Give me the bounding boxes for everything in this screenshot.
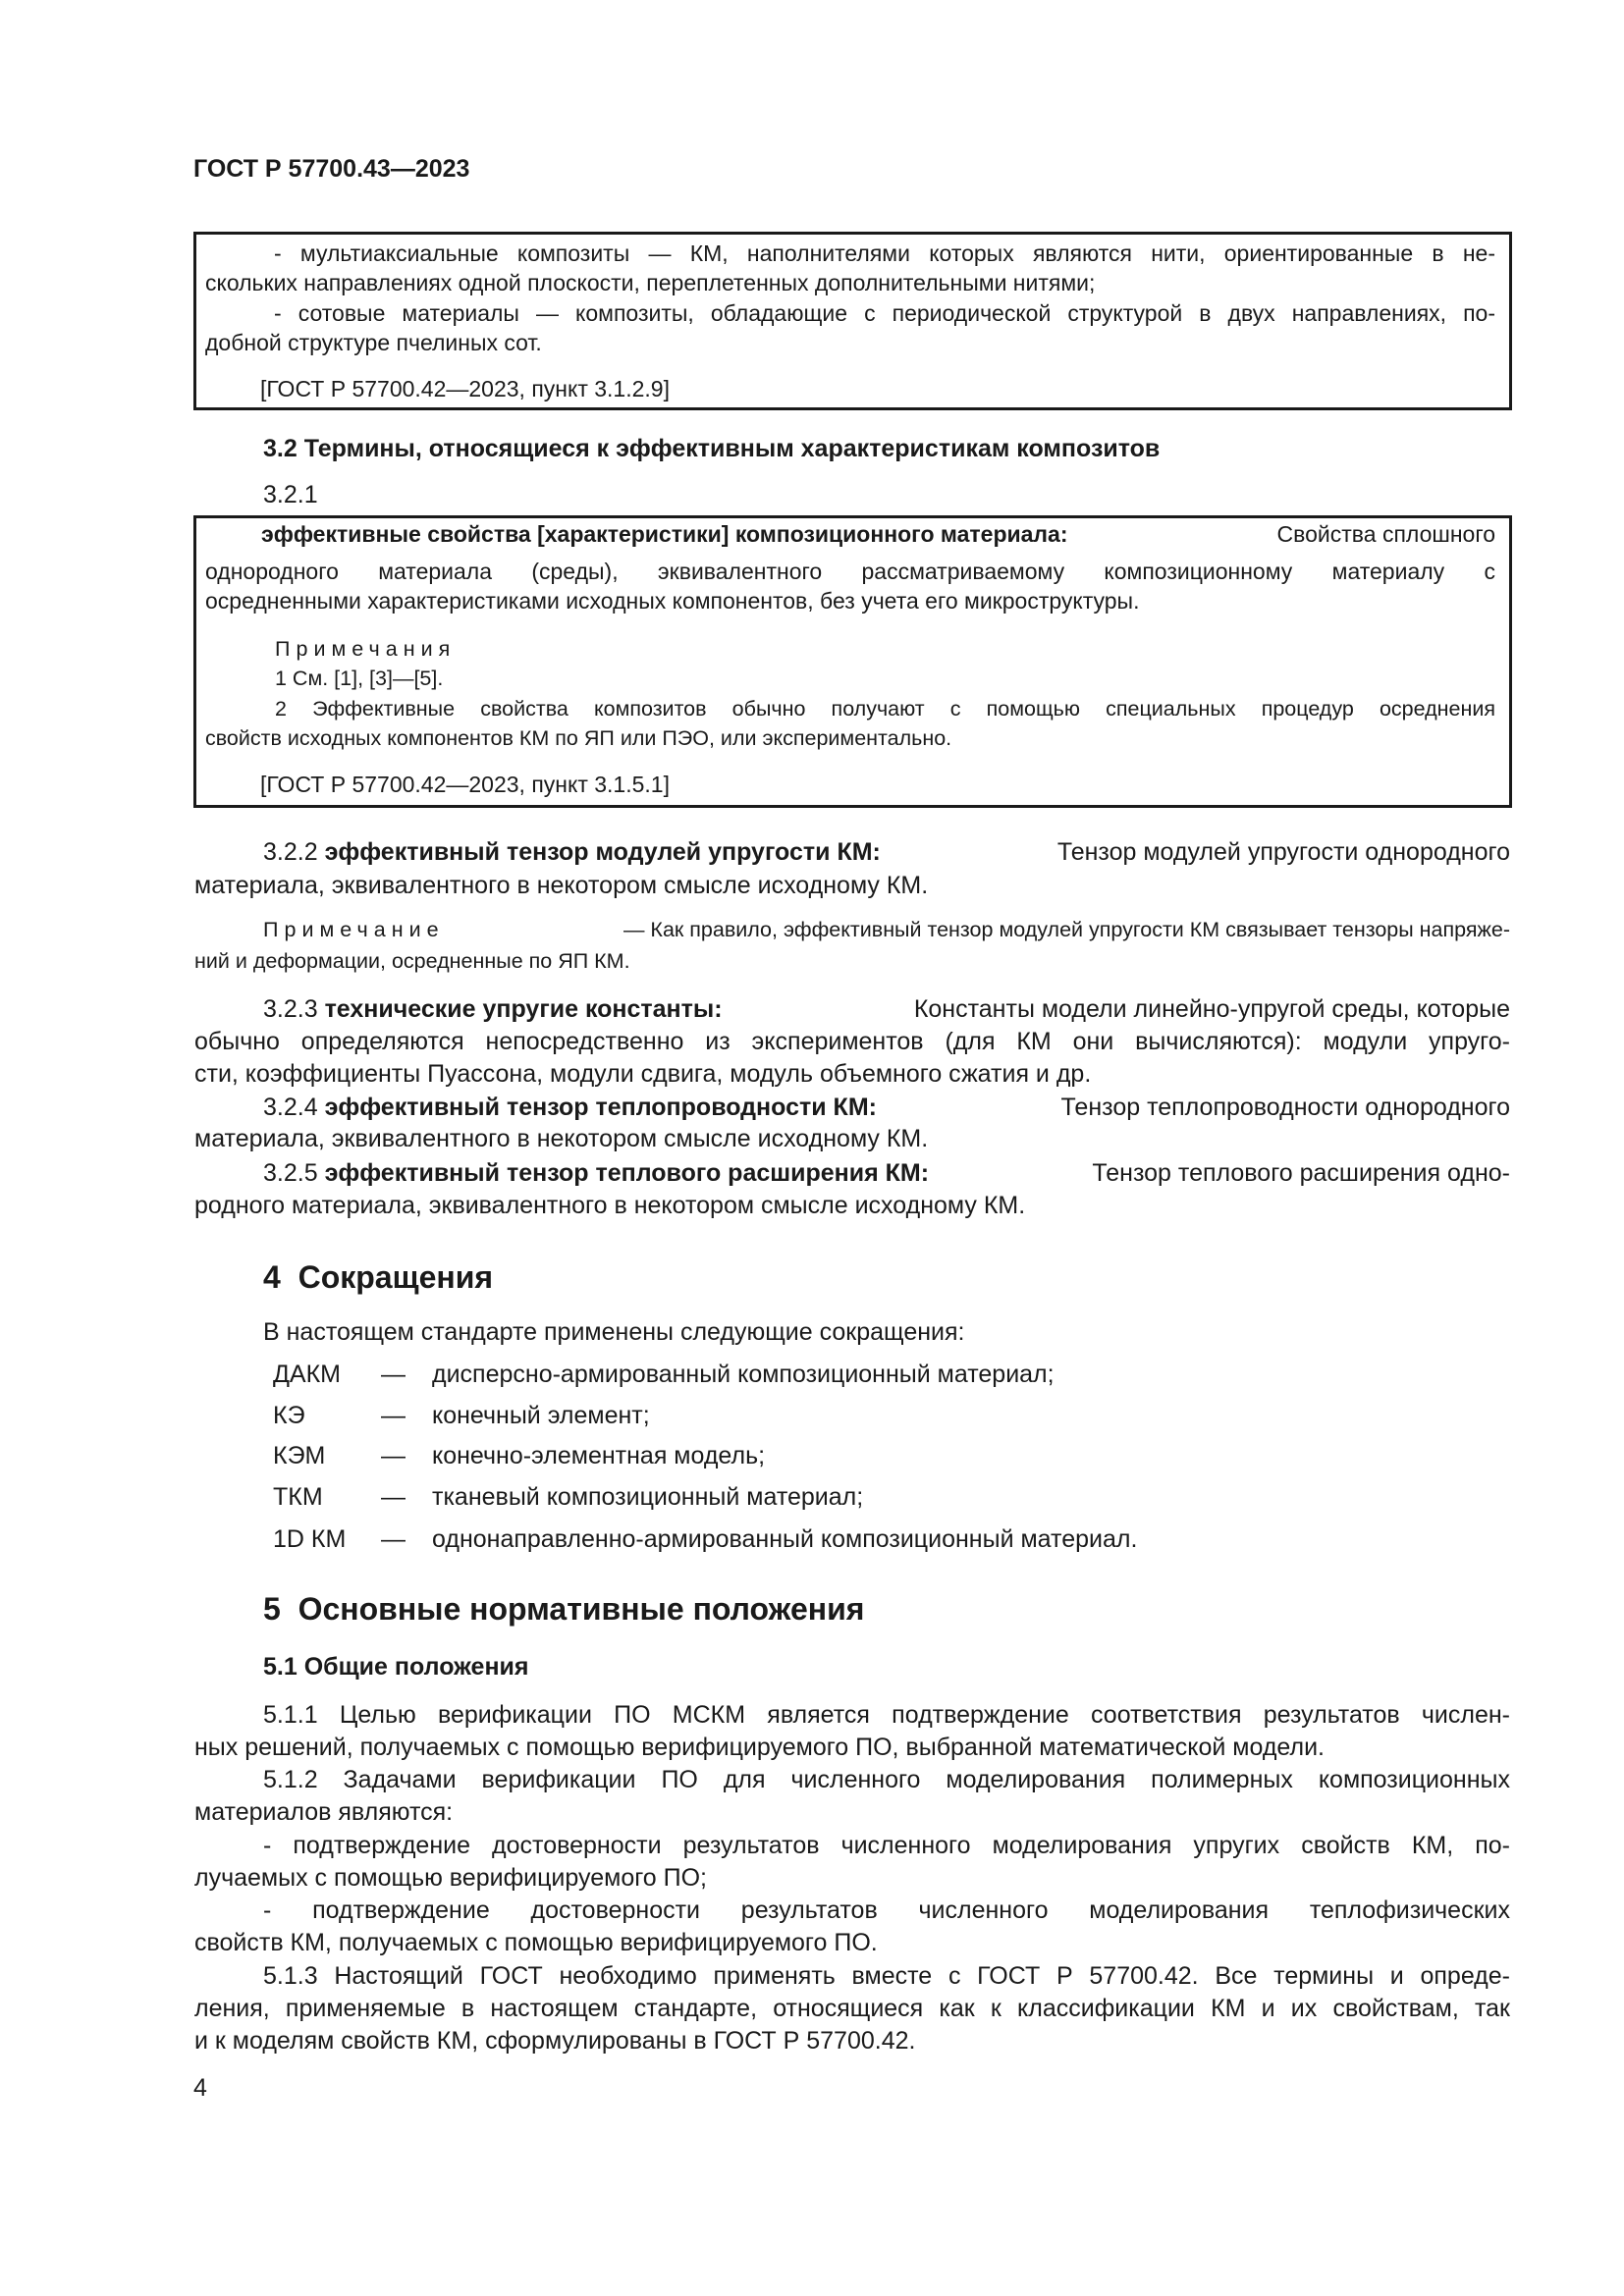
note-2-continued: свойств исходных компонентов КМ по ЯП ил… <box>205 728 951 750</box>
abbr-description: дисперсно-армированный композиционный ма… <box>432 1362 1055 1387</box>
box2-first-line: эффективные свойства [характеристики] ко… <box>261 523 1495 546</box>
term-3-2-5-continued: родного материала, эквивалентного в неко… <box>194 1194 1025 1218</box>
abbr-dash: — <box>381 1444 406 1468</box>
note-1: 1 См. [1], [3]—[5]. <box>275 668 443 690</box>
term-number-3-2-1: 3.2.1 <box>263 483 318 507</box>
notes-title: Примечания <box>275 639 456 661</box>
term-definition-start: Тензор теплового расширения одно- <box>1085 1161 1510 1186</box>
paragraph-5-1-2: 5.1.2 Задачами верификации ПО для числен… <box>194 1768 1510 1792</box>
section-4-intro: В настоящем стандарте применены следующи… <box>263 1320 964 1345</box>
page-number: 4 <box>193 2076 207 2101</box>
term-definition-start: Константы модели линейно-упругой среды, … <box>907 997 1510 1022</box>
paragraph-5-1-1: 5.1.1 Целью верификации ПО МСКМ является… <box>194 1703 1510 1728</box>
abbr-term: ДАКМ <box>273 1362 341 1387</box>
term-number: 3.2.5 <box>263 1159 318 1187</box>
abbr-description: конечно-элементная модель; <box>432 1444 765 1468</box>
note-label: Примечание <box>263 920 445 941</box>
box1-citation: [ГОСТ Р 57700.42—2023, пункт 3.1.2.9] <box>260 378 670 400</box>
section-3-2-heading: 3.2 Термины, относящиеся к эффективным х… <box>263 437 1160 461</box>
term-number: 3.2.4 <box>263 1094 318 1121</box>
term-definition-start: Тензор модулей упругости однородного <box>1051 840 1510 865</box>
term-number: 3.2.2 <box>263 838 318 866</box>
abbr-description: однонаправленно-армированный композицион… <box>432 1527 1137 1552</box>
list-item-elastic: - подтверждение достоверности результато… <box>194 1834 1510 1858</box>
term-name: эффективный тензор теплового расширения … <box>325 1159 929 1187</box>
term-definition-start: Свойства сплошного <box>1271 523 1495 546</box>
term-3-2-5: 3.2.5 эффективный тензор теплового расши… <box>263 1161 1510 1186</box>
abbr-description: конечный элемент; <box>432 1404 650 1428</box>
abbr-term: ТКМ <box>273 1485 323 1510</box>
abbr-dash: — <box>381 1527 406 1552</box>
term-3-2-2: 3.2.2 эффективный тензор модулей упругос… <box>263 840 1510 865</box>
box1-line: - мультиаксиальные композиты — КМ, напол… <box>205 242 1495 265</box>
box2-line: однородного материала (среды), эквивален… <box>205 561 1495 583</box>
abbr-dash: — <box>381 1362 406 1387</box>
term-definition-start: Тензор теплопроводности однородного <box>1055 1095 1510 1120</box>
document-number-header: ГОСТ Р 57700.43—2023 <box>193 157 469 182</box>
term-name: эффективный тензор модулей упругости КМ: <box>325 838 881 866</box>
abbr-dash: — <box>381 1485 406 1510</box>
box2-line: осредненными характеристиками исходных к… <box>205 590 1139 613</box>
term-3-2-3: 3.2.3 технические упругие константы: Кон… <box>263 997 1510 1022</box>
section-5-1-heading: 5.1 Общие положения <box>263 1655 529 1680</box>
term-3-2-2-continued: материала, эквивалентного в некотором см… <box>194 874 928 898</box>
paragraph-5-1-3-continued: ления, применяемые в настоящем стандарте… <box>194 1997 1510 2021</box>
paragraph-5-1-3-continued: и к моделям свойств КМ, сформулированы в… <box>194 2029 915 2054</box>
abbr-description: тканевый композиционный материал; <box>432 1485 863 1510</box>
term-name: технические упругие константы: <box>325 995 723 1023</box>
paragraph-5-1-3: 5.1.3 Настоящий ГОСТ необходимо применят… <box>194 1964 1510 1989</box>
term-3-2-3-continued: обычно определяются непосредственно из э… <box>194 1030 1510 1054</box>
term-3-2-4-continued: материала, эквивалентного в некотором см… <box>194 1127 928 1151</box>
term-3-2-3-continued: сти, коэффициенты Пуассона, модули сдвиг… <box>194 1062 1091 1087</box>
section-4-heading: 4 Сокращения <box>263 1261 493 1293</box>
term-name: эффективные свойства [характеристики] ко… <box>261 523 1068 546</box>
abbr-term: КЭМ <box>273 1444 325 1468</box>
list-item-elastic-continued: лучаемых с помощью верифицируемого ПО; <box>194 1866 707 1891</box>
paragraph-5-1-2-continued: материалов являются: <box>194 1800 453 1825</box>
paragraph-5-1-1-continued: ных решений, получаемых с помощью верифи… <box>194 1735 1325 1760</box>
abbr-term: КЭ <box>273 1404 305 1428</box>
box1-line: скольких направлениях одной плоскости, п… <box>205 272 1187 294</box>
term-3-2-4: 3.2.4 эффективный тензор теплопроводност… <box>263 1095 1510 1120</box>
term-name: эффективный тензор теплопроводности КМ: <box>325 1094 877 1121</box>
note-2: 2 Эффективные свойства композитов обычно… <box>205 699 1495 721</box>
section-5-heading: 5 Основные нормативные положения <box>263 1593 864 1625</box>
list-item-thermal: - подтверждение достоверности результато… <box>194 1898 1510 1923</box>
note-text: — Как правило, эффективный тензор модуле… <box>445 920 1510 941</box>
term-number: 3.2.3 <box>263 995 318 1023</box>
list-item-thermal-continued: свойств КМ, получаемых с помощью верифиц… <box>194 1931 878 1955</box>
abbr-dash: — <box>381 1404 406 1428</box>
box1-line: - сотовые материалы — композиты, обладаю… <box>205 302 1495 325</box>
note-3-2-2: Примечание — Как правило, эффективный те… <box>263 920 1510 941</box>
box1-line: добной структуре пчелиных сот. <box>205 332 542 354</box>
box2-citation: [ГОСТ Р 57700.42—2023, пункт 3.1.5.1] <box>260 774 670 796</box>
abbr-term: 1D КМ <box>273 1527 346 1552</box>
note-3-2-2-continued: ний и деформации, осредненные по ЯП КМ. <box>194 951 630 973</box>
